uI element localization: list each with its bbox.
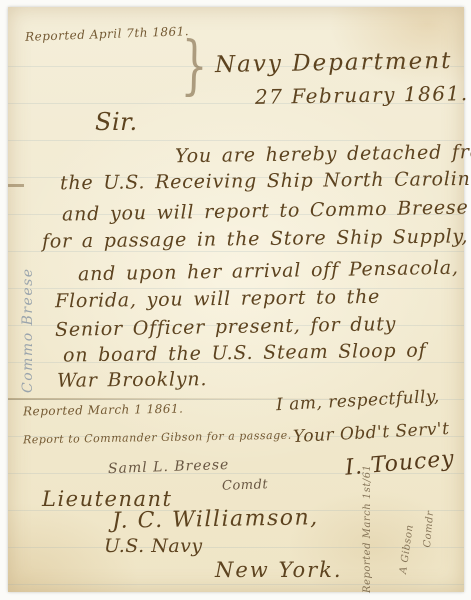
flourish-brace-icon: }: [180, 28, 208, 103]
edge-crease-mark: [8, 184, 24, 187]
body-line: War Brooklyn.: [57, 368, 207, 392]
body-line: the U.S. Receiving Ship North Carolina,: [60, 168, 471, 194]
annotation-reported-march: Reported March 1 1861.: [23, 402, 184, 419]
annotation-commo-breese-vertical: Commo Breese: [20, 267, 36, 393]
heading-date: 27 February 1861.: [255, 81, 469, 109]
body-line: You are hereby detached from: [175, 141, 471, 168]
letter-paper: Reported April 7th 1861. } Navy Departme…: [8, 7, 464, 592]
address-service: U.S. Navy: [104, 535, 203, 557]
salutation: Sir.: [95, 108, 138, 136]
heading-department: Navy Department: [215, 48, 453, 78]
annotation-right-reported: Reported March 1st/61: [362, 465, 373, 593]
address-place: New York.: [215, 558, 343, 582]
body-line: Florida, you will report to the: [55, 286, 380, 313]
annotation-breese-rank: Comdt: [222, 477, 269, 494]
address-name: J. C. Williamson,: [112, 505, 319, 534]
